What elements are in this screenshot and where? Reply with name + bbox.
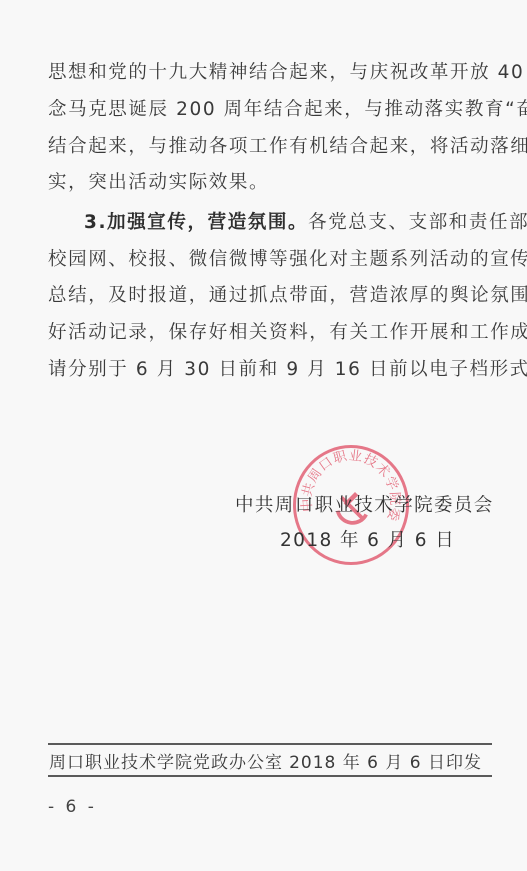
text-line: 实，突出活动实际效果。 — [48, 172, 484, 194]
text-line: 思想和党的十九大精神结合起来，与庆祝改革开放 40 周年、纪 — [48, 62, 484, 84]
text-line: 念马克思诞辰 200 周年结合起来，与推动落实教育“奋进之笔” — [48, 99, 484, 121]
text-line: 请分别于 6 月 30 日前和 9 月 16 日前以电子档形式报送组织部。 — [48, 359, 484, 381]
section-heading: 3.加强宣传，营造氛围。 — [84, 212, 308, 233]
footer-top-rule — [48, 743, 492, 745]
text-span: 各党总支、支部和责任部门通过 — [308, 212, 527, 233]
footer-issued-date: 2018 年 6 月 6 日印发 — [289, 752, 482, 774]
signature-organization: 中共周口职业技术学院委员会 — [235, 495, 494, 517]
page-number: - 6 - — [48, 797, 97, 817]
text-line: 校园网、校报、微信微博等强化对主题系列活动的宣传，及时 — [48, 249, 484, 271]
text-line: 总结，及时报道，通过抓点带面，营造浓厚的舆论氛围。要作 — [48, 285, 484, 307]
text-line: 好活动记录，保存好相关资料，有关工作开展和工作成效情况 — [48, 322, 484, 344]
footer-bottom-rule — [48, 775, 492, 777]
text-line: 结合起来，与推动各项工作有机结合起来，将活动落细落小落 — [48, 136, 484, 158]
text-line: 3.加强宣传，营造氛围。各党总支、支部和责任部门通过 — [84, 212, 484, 234]
footer-issuer: 周口职业技术学院党政办公室 — [49, 752, 283, 774]
signature-date: 2018 年 6 月 6 日 — [280, 530, 455, 552]
